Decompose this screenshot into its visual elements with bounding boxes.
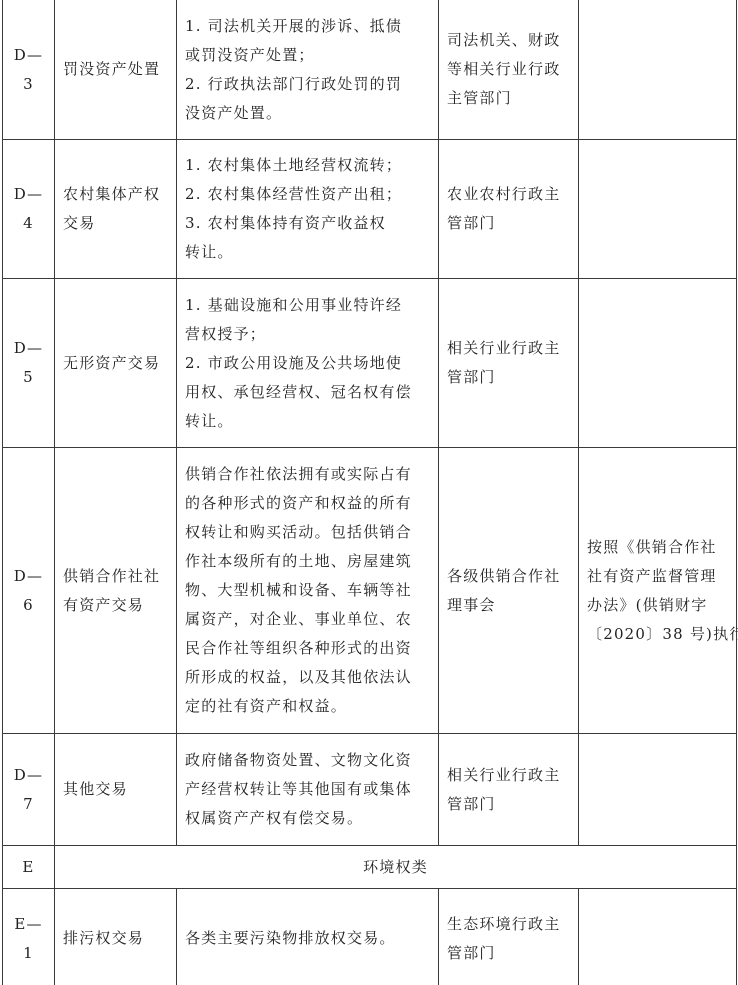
supervising-department: 司法机关、财政 等相关行业行政 主管部门	[439, 0, 579, 140]
remarks	[579, 889, 737, 985]
table-row-d6: D—6 供销合作社社 有资产交易 供销合作社依法拥有或实际占有 的各种形式的资产…	[3, 448, 737, 734]
row-code: D—3	[3, 0, 55, 140]
supervising-department: 生态环境行政主 管部门	[439, 889, 579, 985]
table-row-e1: E—1 排污权交易 各类主要污染物排放权交易。 生态环境行政主 管部门	[3, 889, 737, 985]
transaction-category-table: D—3 罚没资产处置 1. 司法机关开展的涉诉、抵债 或罚没资产处置； 2. 行…	[2, 0, 737, 985]
item-name: 罚没资产处置	[55, 0, 177, 140]
row-code: E—1	[3, 889, 55, 985]
supervising-department: 各级供销合作社 理事会	[439, 448, 579, 734]
item-description: 各类主要污染物排放权交易。	[177, 889, 439, 985]
supervising-department: 相关行业行政主 管部门	[439, 279, 579, 448]
item-name: 排污权交易	[55, 889, 177, 985]
row-code: D—5	[3, 279, 55, 448]
item-description: 1. 司法机关开展的涉诉、抵债 或罚没资产处置； 2. 行政执法部门行政处罚的罚…	[177, 0, 439, 140]
table-row-d3: D—3 罚没资产处置 1. 司法机关开展的涉诉、抵债 或罚没资产处置； 2. 行…	[3, 0, 737, 140]
table-row-d4: D—4 农村集体产权 交易 1. 农村集体土地经营权流转； 2. 农村集体经营性…	[3, 140, 737, 279]
section-row-e: E 环境权类	[3, 846, 737, 889]
table-row-d7: D—7 其他交易 政府储备物资处置、文物文化资 产经营权转让等其他国有或集体 权…	[3, 734, 737, 846]
item-description: 政府储备物资处置、文物文化资 产经营权转让等其他国有或集体 权属资产产权有偿交易…	[177, 734, 439, 846]
item-name: 供销合作社社 有资产交易	[55, 448, 177, 734]
remarks	[579, 734, 737, 846]
remarks: 按照《供销合作社 社有资产监督管理 办法》(供销财字 〔2020〕38 号)执行…	[579, 448, 737, 734]
section-title: 环境权类	[55, 846, 737, 889]
section-code: E	[3, 846, 55, 889]
item-name: 无形资产交易	[55, 279, 177, 448]
supervising-department: 相关行业行政主 管部门	[439, 734, 579, 846]
remarks	[579, 140, 737, 279]
item-name: 其他交易	[55, 734, 177, 846]
row-code: D—7	[3, 734, 55, 846]
item-description: 1. 基础设施和公用事业特许经 营权授予； 2. 市政公用设施及公共场地使 用权…	[177, 279, 439, 448]
remarks	[579, 279, 737, 448]
item-name: 农村集体产权 交易	[55, 140, 177, 279]
item-description: 供销合作社依法拥有或实际占有 的各种形式的资产和权益的所有 权转让和购买活动。包…	[177, 448, 439, 734]
table-row-d5: D—5 无形资产交易 1. 基础设施和公用事业特许经 营权授予； 2. 市政公用…	[3, 279, 737, 448]
supervising-department: 农业农村行政主 管部门	[439, 140, 579, 279]
row-code: D—4	[3, 140, 55, 279]
remarks	[579, 0, 737, 140]
item-description: 1. 农村集体土地经营权流转； 2. 农村集体经营性资产出租； 3. 农村集体持…	[177, 140, 439, 279]
row-code: D—6	[3, 448, 55, 734]
